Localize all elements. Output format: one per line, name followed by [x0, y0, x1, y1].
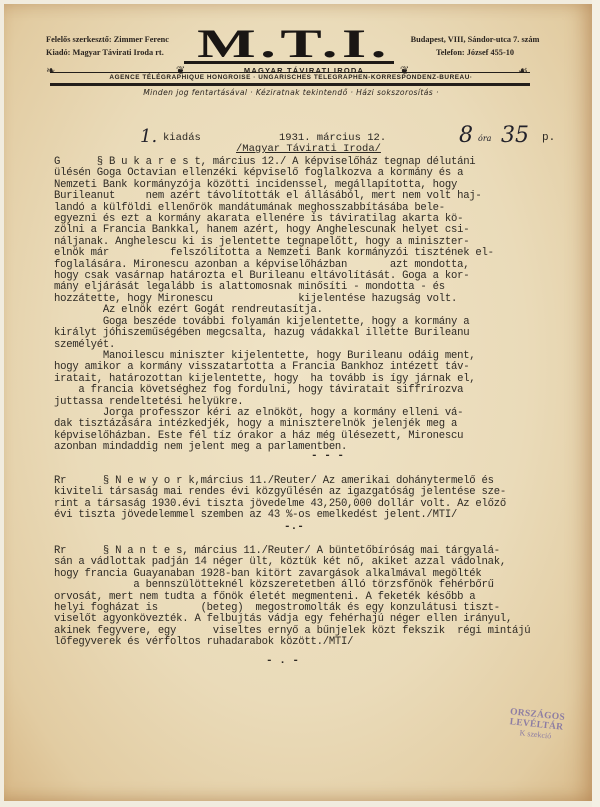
article-line: azonban mindaddig nem jelent meg a parla…: [54, 442, 534, 453]
phone-line: Telefon: József 455-10: [400, 46, 550, 59]
document-page: Felelős szerkesztő: Zimmer Ferenc Kiadó:…: [4, 4, 592, 801]
letterhead-right: Budapest, VIII, Sándor-utca 7. szám Tele…: [400, 33, 550, 59]
edition-label: kiadás: [163, 132, 201, 144]
minute-value: 35: [501, 123, 529, 148]
article-bukarest: G § B u k a r e s t, március 12./ A képv…: [54, 157, 534, 454]
article-separator: - - -: [311, 450, 344, 462]
article-line: Az elnök ezért Gogát rendreutasítja.: [54, 305, 534, 316]
archive-stamp: ORSZÁGOS LEVÉLTÁR K szekció: [480, 704, 592, 744]
international-agency-line: AGENCE TÉLÉGRAPHIQUE HONGROISE · UNGARIS…: [48, 74, 534, 81]
article-line: elnök már felszólította a Nemzeti Bank k…: [54, 248, 534, 259]
article-line: lőfegyverek és vérfoltos ruhadarabok köz…: [54, 637, 534, 648]
logo-underline: [184, 61, 394, 64]
article-line: királyt jóhiszeműségében megcsalta, hazu…: [54, 328, 534, 339]
article-line: a bennszülötteknél közszeretetben álló t…: [54, 580, 534, 591]
article-nantes: Rr § N a n t e s, március 11./Reuter/ A …: [54, 546, 534, 649]
article-separator: -.-: [284, 521, 304, 533]
rule-thick: [50, 83, 530, 86]
hour-label: óra: [478, 134, 491, 143]
edition-number: 1.: [140, 126, 157, 147]
rights-notice: Minden jog fentartásával · Kéziratnak te…: [48, 88, 534, 97]
hour-value: 8: [459, 123, 473, 148]
article-line: hogy amikor a kormány visszatartotta a F…: [54, 362, 534, 373]
article-line: a francia követséghez fog fordulni, hogy…: [54, 385, 534, 396]
minute-label: p.: [542, 132, 555, 144]
article-line: Burileanut nem azért távolították el áll…: [54, 191, 534, 202]
mti-logo: M.T.I.: [148, 27, 439, 61]
agency-source: /Magyar Távirati Iroda/: [236, 143, 381, 155]
article-separator: - . -: [266, 655, 299, 667]
article-newyork: Rr § N e w y o r k,március 11./Reuter/ A…: [54, 476, 534, 522]
address-line: Budapest, VIII, Sándor-utca 7. szám: [400, 33, 550, 46]
scan-margin: [592, 0, 600, 807]
rule-top: [50, 72, 530, 73]
article-line: évi tiszta jövedelemmel szemben az 43 %-…: [54, 510, 534, 521]
